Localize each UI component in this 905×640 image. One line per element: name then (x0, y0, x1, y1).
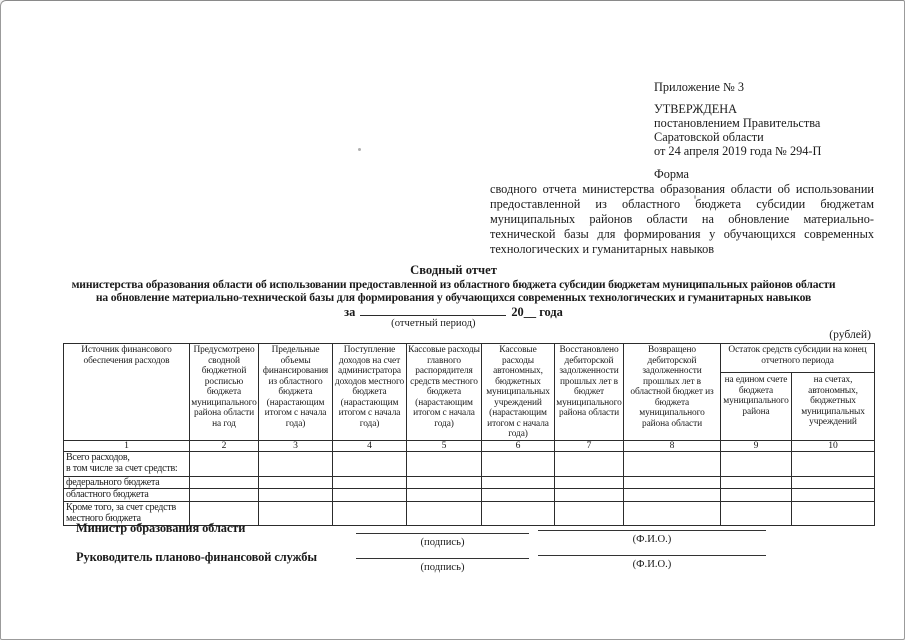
col-number: 3 (259, 440, 333, 451)
title-line: на обновление материально-технической ба… (31, 291, 876, 304)
col-number: 2 (190, 440, 259, 451)
table-cell (721, 489, 792, 502)
annex-label: Приложение № 3 (654, 81, 874, 94)
fullname-line (538, 519, 766, 531)
currency-note: (рублей) (829, 328, 871, 341)
signatory-title-finance-head: Руководитель планово-финансовой службы (76, 550, 317, 565)
table-row-regional: областного бюджета (64, 489, 875, 502)
col-header-cash-expenses-inst: Кассовые расходы автономных, бюджетных м… (482, 344, 555, 441)
col-header-balance-span: Остаток средств субсидии на конец отчетн… (721, 344, 875, 373)
table-cell (555, 451, 624, 476)
scan-speck (844, 388, 847, 390)
fullname-line (538, 544, 766, 556)
signature-note: (подпись) (356, 562, 529, 573)
table-cell (792, 476, 875, 489)
table-cell (259, 489, 333, 502)
period-prefix: за (344, 305, 355, 319)
table-cell (555, 489, 624, 502)
row-label: федерального бюджета (64, 476, 190, 489)
period-blank-line: (отчетный период) (360, 305, 506, 316)
table-cell (190, 489, 259, 502)
col-number: 6 (482, 440, 555, 451)
table-row-federal: федерального бюджета (64, 476, 875, 489)
col-number: 8 (624, 440, 721, 451)
col-header-source: Источник финансового обеспечения расходо… (64, 344, 190, 441)
title-line: министерства образования области об испо… (31, 278, 876, 291)
col-header-budget-plan: Предусмотрено сводной бюджетной росписью… (190, 344, 259, 441)
table-cell (721, 451, 792, 476)
col-number: 4 (333, 440, 407, 451)
col-number: 1 (64, 440, 190, 451)
approved-line: Саратовской области (654, 131, 874, 144)
table-cell (792, 501, 875, 525)
document-page: Приложение № 3 УТВЕРЖДЕНА постановлением… (0, 0, 905, 640)
table-cell (555, 476, 624, 489)
period-suffix: 20__ года (511, 305, 563, 319)
table-cell (407, 489, 482, 502)
table-cell (259, 476, 333, 489)
table-row-total: Всего расходов, в том числе за счет сред… (64, 451, 875, 476)
table-cell (482, 489, 555, 502)
report-period-line: за(отчетный период)20__ года (31, 305, 876, 319)
signatory-title-minister: Министр образования области (76, 521, 245, 536)
column-numbers-row: 1 2 3 4 5 6 7 8 9 10 (64, 440, 875, 451)
approved-line: постановлением Правительства (654, 117, 874, 130)
col-number: 10 (792, 440, 875, 451)
table-cell (190, 451, 259, 476)
table-cell (792, 451, 875, 476)
col-header-returned-debt: Возвращено дебиторской задолженности про… (624, 344, 721, 441)
row-label: областного бюджета (64, 489, 190, 502)
table-cell (259, 451, 333, 476)
col-header-cash-expenses-admin: Кассовые расходы главного распорядителя … (407, 344, 482, 441)
table-cell (482, 476, 555, 489)
period-note: (отчетный период) (391, 317, 475, 331)
scan-speck (358, 148, 361, 151)
row-label: Всего расходов, в том числе за счет сред… (64, 451, 190, 476)
approved-line: УТВЕРЖДЕНА (654, 103, 874, 116)
col-header-financing-limits: Предельные объемы финансирования из обла… (259, 344, 333, 441)
col-header-income-receipts: Поступление доходов на счет администрато… (333, 344, 407, 441)
table-cell (333, 451, 407, 476)
table-cell (624, 476, 721, 489)
col-number: 5 (407, 440, 482, 451)
table-cell (482, 451, 555, 476)
col-header-balance-inst-accounts: на счетах, автономных, бюджетных муницип… (792, 373, 875, 440)
table-cell (721, 476, 792, 489)
table-cell (407, 451, 482, 476)
approved-line: от 24 апреля 2019 года № 294-П (654, 145, 874, 158)
report-table: Источник финансового обеспечения расходо… (63, 343, 875, 526)
table-cell (792, 489, 875, 502)
col-header-balance-single-account: на едином счете бюджета муниципального р… (721, 373, 792, 440)
table-cell (333, 489, 407, 502)
signature-line (356, 522, 529, 534)
table-cell (624, 451, 721, 476)
approved-lines: УТВЕРЖДЕНА постановлением Правительства … (654, 103, 874, 158)
col-header-restored-debt: Восстановлено дебиторской задолженности … (555, 344, 624, 441)
approval-block: Приложение № 3 УТВЕРЖДЕНА постановлением… (490, 81, 874, 257)
table-cell (407, 476, 482, 489)
scan-speck (694, 195, 696, 199)
table-header-row: Источник финансового обеспечения расходо… (64, 344, 875, 373)
fullname-note: (Ф.И.О.) (538, 559, 766, 570)
col-number: 9 (721, 440, 792, 451)
signature-line (356, 547, 529, 559)
table-cell (333, 476, 407, 489)
form-description: сводного отчета министерства образования… (490, 182, 874, 257)
col-number: 7 (555, 440, 624, 451)
table-cell (190, 476, 259, 489)
table-cell (259, 501, 333, 525)
table-cell (624, 489, 721, 502)
title-line: Сводный отчет (31, 264, 876, 278)
form-label: Форма (654, 168, 874, 181)
document-title: Сводный отчет министерства образования о… (31, 264, 876, 319)
